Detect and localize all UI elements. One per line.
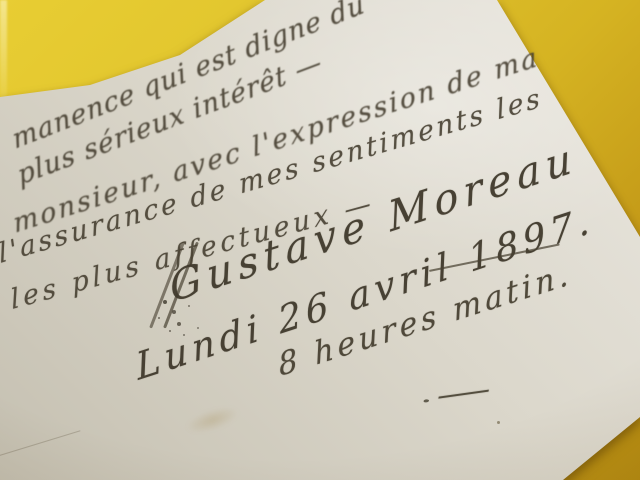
ink-spatter	[163, 300, 167, 304]
stray-dash-mark: —	[434, 374, 493, 411]
paper-speck	[497, 421, 500, 424]
photo-background: manence qui est digne du plus sérieux in…	[0, 0, 640, 480]
